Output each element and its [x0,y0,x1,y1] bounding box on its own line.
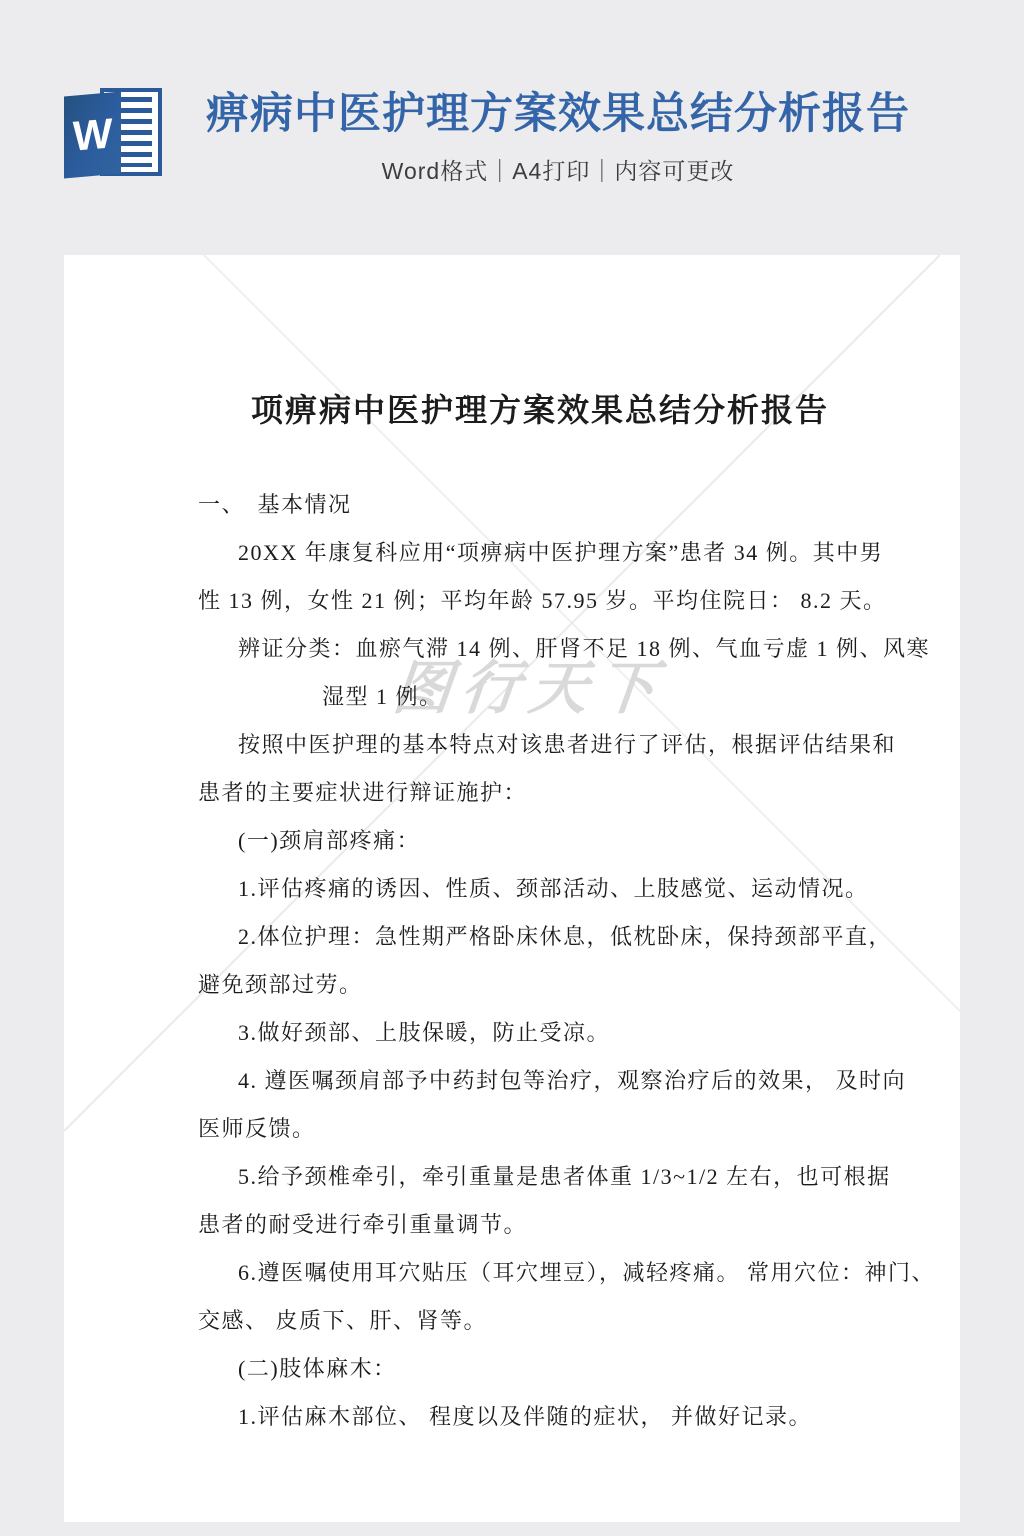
document-line: 2.体位护理：急性期严格卧床休息，低枕卧床，保持颈部平直， [198,913,882,961]
document-line: 患者的耐受进行牵引重量调节。 [198,1201,882,1249]
header-title: 痹病中医护理方案效果总结分析报告 [92,90,1024,139]
document-line: (二)肢体麻木： [198,1345,882,1393]
document-line: 4. 遵医嘱颈肩部予中药封包等治疗，观察治疗后的效果， 及时向 [198,1057,882,1105]
document-lines: 一、 基本情况20XX 年康复科应用“项痹病中医护理方案”患者 34 例。其中男… [198,481,882,1441]
header-banner: W 痹病中医护理方案效果总结分析报告 Word格式｜A4打印｜内容可更改 [0,0,1024,255]
document-line: 交感、 皮质下、肝、肾等。 [198,1297,882,1345]
document-line: 1.评估麻木部位、 程度以及伴随的症状， 并做好记录。 [198,1393,882,1441]
document-line: (一)颈肩部疼痛： [198,817,882,865]
document-line: 1.评估疼痛的诱因、性质、颈部活动、上肢感觉、运动情况。 [198,865,882,913]
document-line: 医师反馈。 [198,1105,882,1153]
document-line: 20XX 年康复科应用“项痹病中医护理方案”患者 34 例。其中男 [198,529,882,577]
document-line: 辨证分类：血瘀气滞 14 例、肝肾不足 18 例、气血亏虚 1 例、风寒 [198,625,882,673]
document-line: 一、 基本情况 [198,481,882,529]
document-line: 3.做好颈部、上肢保暖，防止受凉。 [198,1009,882,1057]
document-line: 5.给予颈椎牵引，牵引重量是患者体重 1/3~1/2 左右，也可根据 [198,1153,882,1201]
document-page: 图行天下 项痹病中医护理方案效果总结分析报告 一、 基本情况20XX 年康复科应… [64,255,960,1522]
header-text-block: 痹病中医护理方案效果总结分析报告 Word格式｜A4打印｜内容可更改 [92,90,1024,186]
screen: W 痹病中医护理方案效果总结分析报告 Word格式｜A4打印｜内容可更改 图行天… [0,0,1024,255]
document-line: 按照中医护理的基本特点对该患者进行了评估，根据评估结果和 [198,721,882,769]
document-line: 6.遵医嘱使用耳穴贴压（耳穴埋豆），减轻疼痛。 常用穴位：神门、 [198,1249,882,1297]
document-line: 患者的主要症状进行辩证施护： [198,769,882,817]
document-line: 湿型 1 例。 [198,673,882,721]
document-line: 性 13 例，女性 21 例；平均年龄 57.95 岁。平均住院日： 8.2 天… [198,577,882,625]
document-line: 避免颈部过劳。 [198,961,882,1009]
header-subtitle: Word格式｜A4打印｜内容可更改 [92,153,1024,186]
document-title: 项痹病中医护理方案效果总结分析报告 [198,385,882,431]
